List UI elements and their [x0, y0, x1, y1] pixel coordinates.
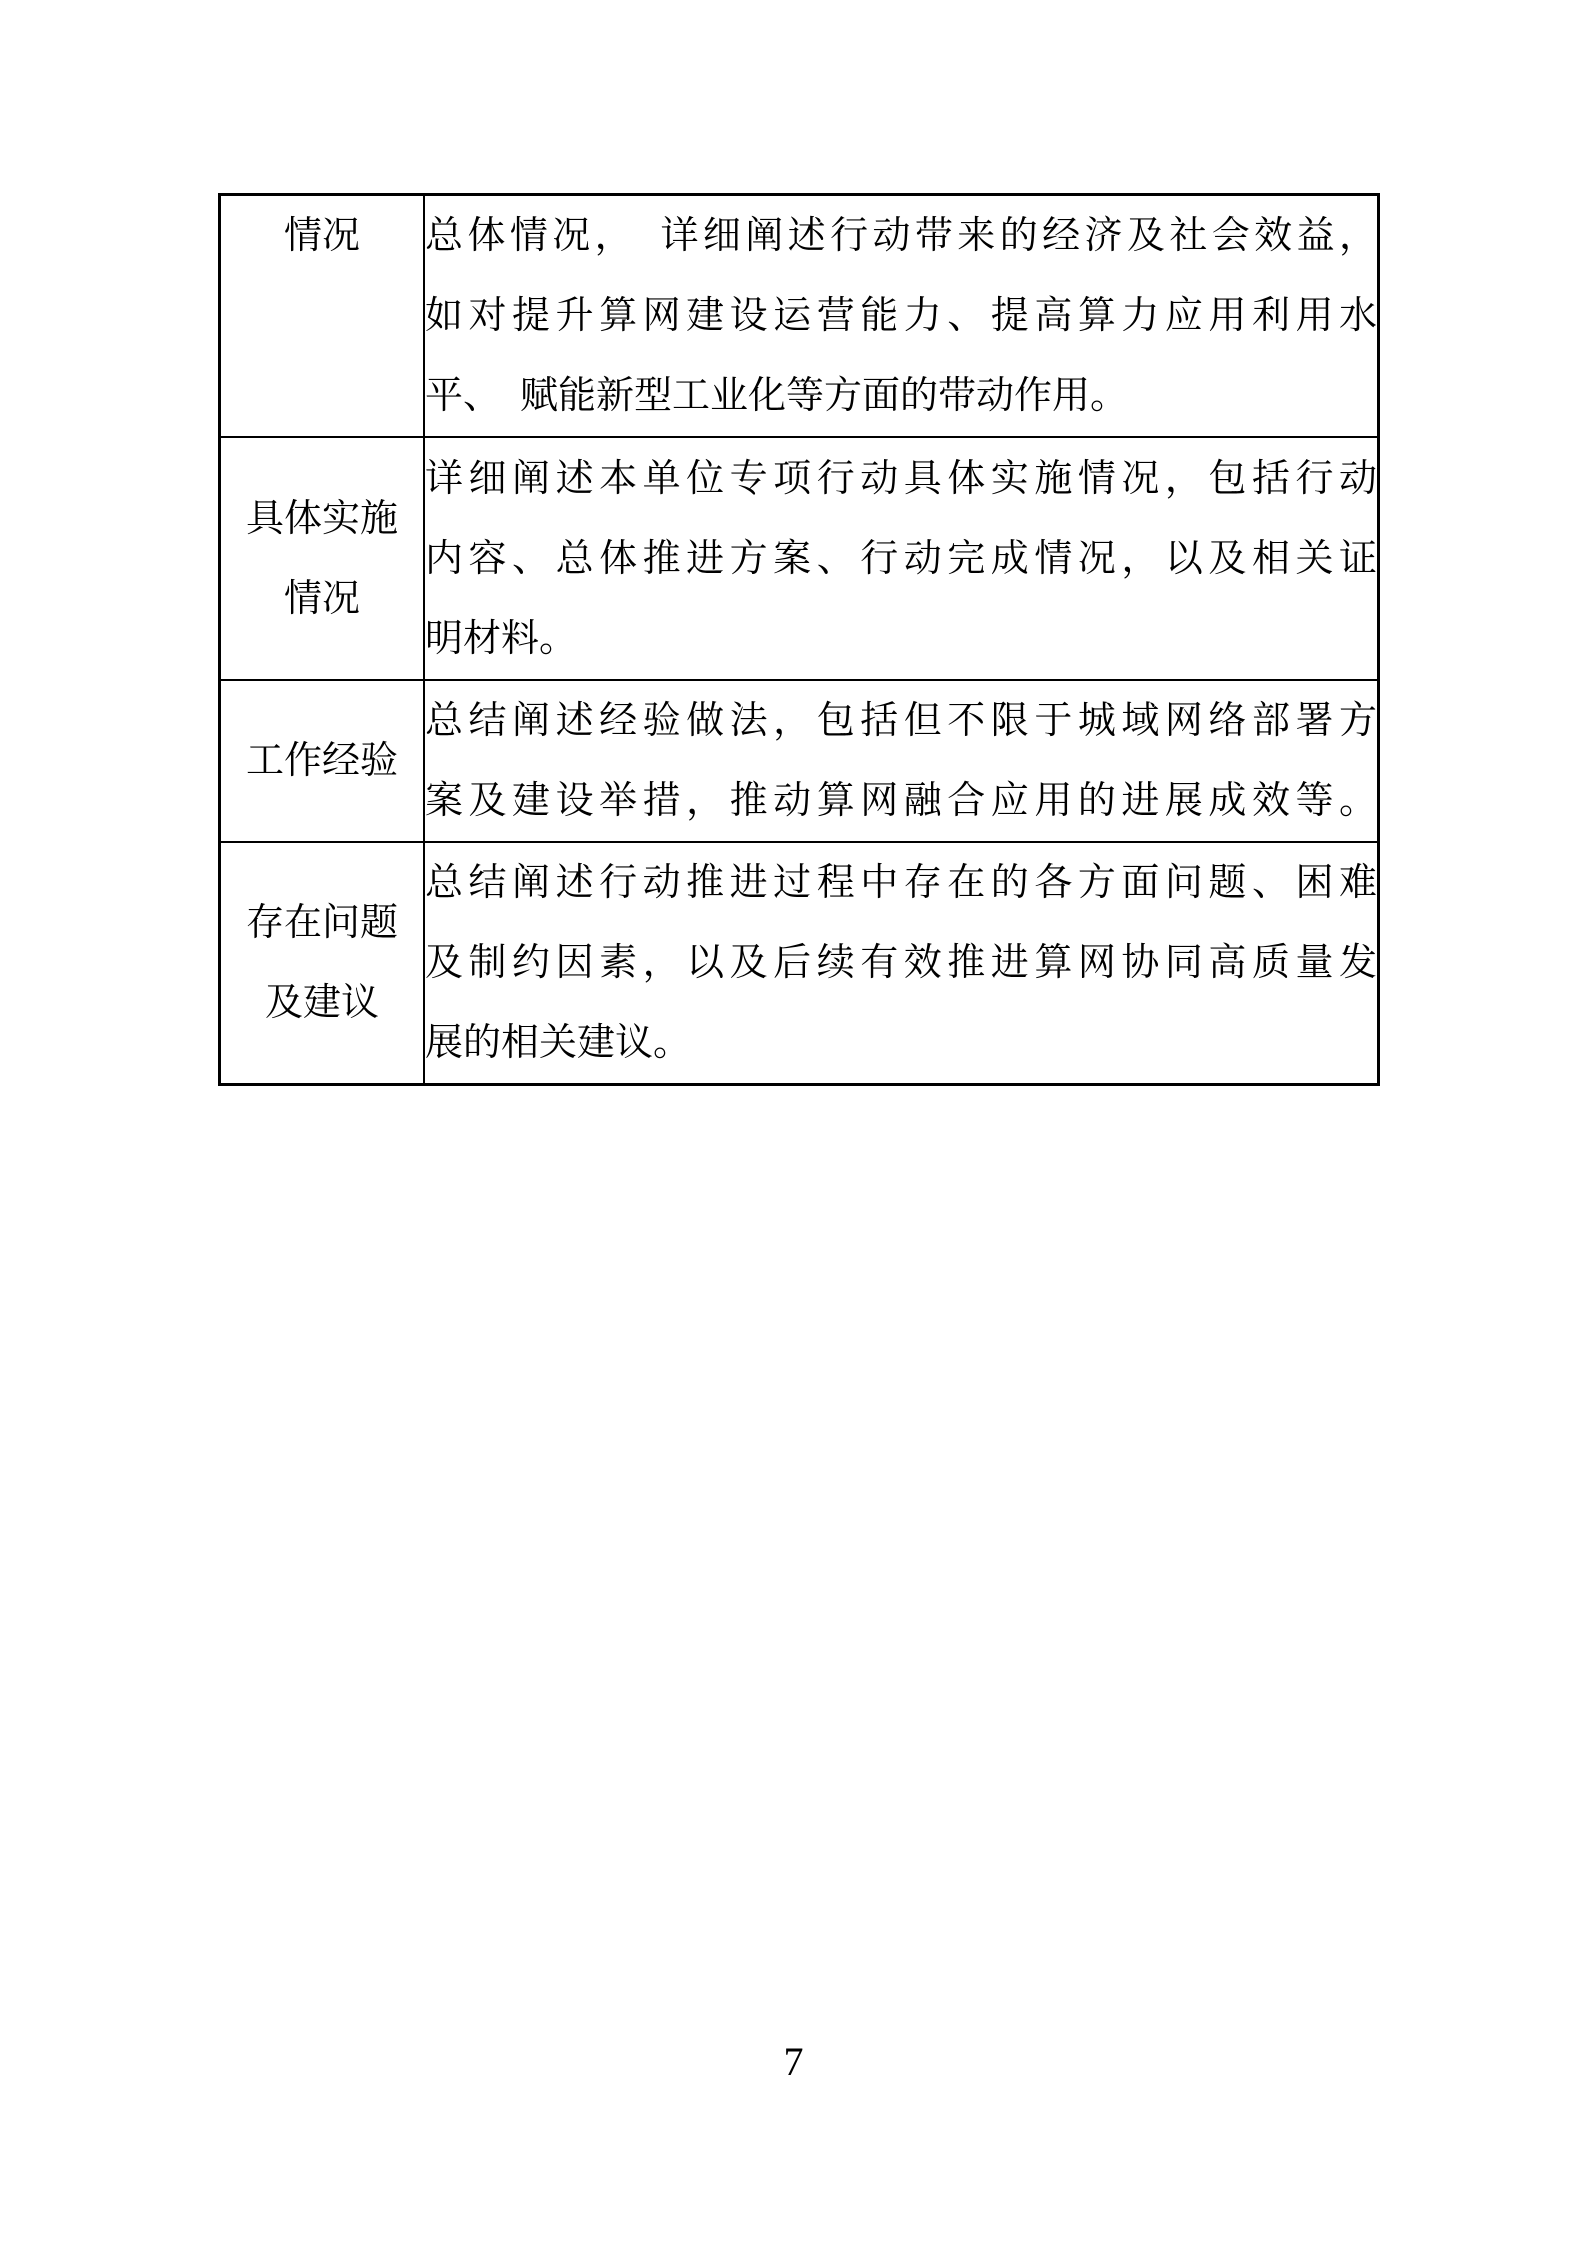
document-page: 情况 总体情况， 详细阐述行动带来的经济及社会效益， 如对提升算网建设运营能力、…: [0, 0, 1587, 2245]
content-line: 及制约因素，以及后续有效推进算网协同高质量发: [425, 923, 1377, 1003]
label-line: 具体实施: [221, 479, 423, 559]
label-line: 情况: [221, 559, 423, 639]
row-content: 详细阐述本单位专项行动具体实施情况，包括行动 内容、总体推进方案、行动完成情况，…: [424, 437, 1379, 680]
label-line: 情况: [221, 196, 423, 276]
row-content: 总体情况， 详细阐述行动带来的经济及社会效益， 如对提升算网建设运营能力、提高算…: [424, 195, 1379, 438]
row-label: 存在问题 及建议: [220, 842, 425, 1085]
table-row: 情况 总体情况， 详细阐述行动带来的经济及社会效益， 如对提升算网建设运营能力、…: [220, 195, 1379, 438]
content-line: 内容、总体推进方案、行动完成情况，以及相关证: [425, 519, 1377, 599]
label-line: 及建议: [221, 963, 423, 1043]
content-line: 明材料。: [425, 599, 1377, 679]
table-row: 具体实施 情况 详细阐述本单位专项行动具体实施情况，包括行动 内容、总体推进方案…: [220, 437, 1379, 680]
row-label: 工作经验: [220, 680, 425, 842]
content-line: 展的相关建议。: [425, 1003, 1377, 1083]
content-line: 总体情况， 详细阐述行动带来的经济及社会效益，: [425, 196, 1377, 276]
content-line: 如对提升算网建设运营能力、提高算力应用利用水: [425, 276, 1377, 356]
content-line: 详细阐述本单位专项行动具体实施情况，包括行动: [425, 439, 1377, 519]
label-line: 工作经验: [221, 721, 423, 801]
row-content: 总结阐述经验做法，包括但不限于城域网络部署方 案及建设举措，推动算网融合应用的进…: [424, 680, 1379, 842]
content-line: 平、 赋能新型工业化等方面的带动作用。: [425, 356, 1377, 436]
content-line: 案及建设举措，推动算网融合应用的进展成效等。: [425, 761, 1377, 841]
content-line: 总结阐述经验做法，包括但不限于城域网络部署方: [425, 681, 1377, 761]
table-row: 存在问题 及建议 总结阐述行动推进过程中存在的各方面问题、困难 及制约因素，以及…: [220, 842, 1379, 1085]
page-number: 7: [0, 2038, 1587, 2085]
row-label: 具体实施 情况: [220, 437, 425, 680]
label-line: 存在问题: [221, 883, 423, 963]
table-row: 工作经验 总结阐述经验做法，包括但不限于城域网络部署方 案及建设举措，推动算网融…: [220, 680, 1379, 842]
row-label: 情况: [220, 195, 425, 438]
row-content: 总结阐述行动推进过程中存在的各方面问题、困难 及制约因素，以及后续有效推进算网协…: [424, 842, 1379, 1085]
report-requirements-table: 情况 总体情况， 详细阐述行动带来的经济及社会效益， 如对提升算网建设运营能力、…: [218, 193, 1380, 1086]
content-line: 总结阐述行动推进过程中存在的各方面问题、困难: [425, 843, 1377, 923]
